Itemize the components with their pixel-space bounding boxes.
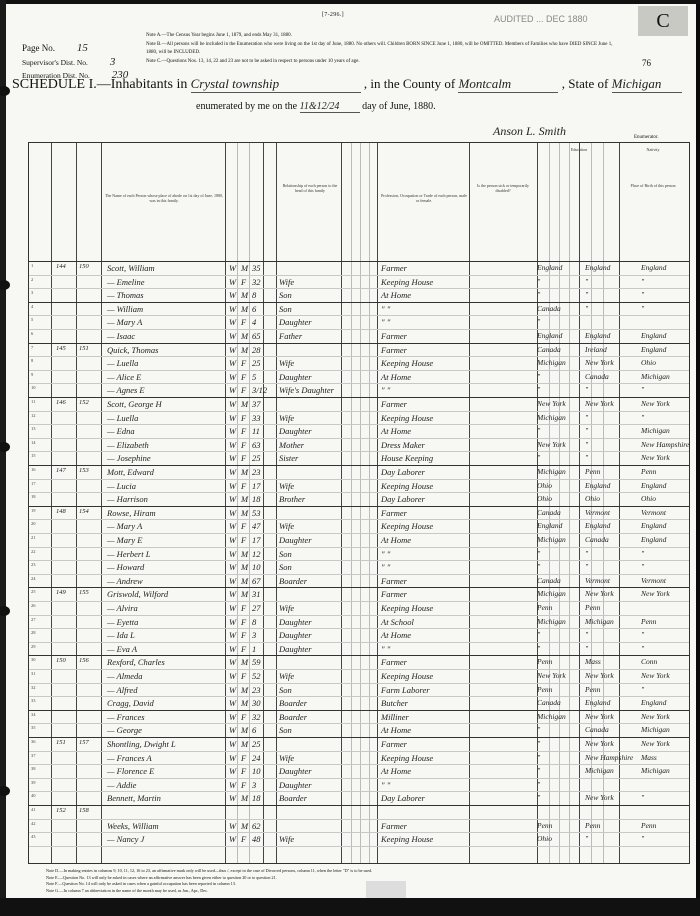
occupation: Keeping House — [381, 834, 433, 844]
person-name: — Mary A — [107, 521, 142, 531]
relationship: Daughter — [279, 317, 312, 327]
line-number: 18 — [31, 494, 36, 499]
birthplace: " — [537, 562, 540, 571]
header-sick: Is the person sick or temporarily disabl… — [473, 183, 533, 193]
father-birthplace: England — [585, 698, 610, 707]
color: W — [229, 725, 236, 735]
relationship: Wife — [279, 413, 294, 423]
table-row: 4— WilliamWM6Son" "Canada"" — [29, 304, 689, 315]
birthplace: " — [537, 385, 540, 394]
line-number: 27 — [31, 617, 36, 622]
person-name: Scott, George H — [107, 399, 162, 409]
enumerated-day: 11&12/24 — [300, 101, 360, 113]
line-number: 43 — [31, 834, 36, 839]
relationship: Daughter — [279, 644, 312, 654]
father-birthplace: England — [585, 481, 610, 490]
father-birthplace: England — [585, 521, 610, 530]
person-name: Rexford, Charles — [107, 657, 165, 667]
occupation: At Home — [381, 766, 411, 776]
person-name: — Eva A — [107, 644, 137, 654]
occupation: Keeping House — [381, 358, 433, 368]
sex: M — [241, 290, 248, 300]
line-number: 17 — [31, 481, 36, 486]
color: W — [229, 263, 236, 273]
line-number: 35 — [31, 725, 36, 730]
occupation: Farmer — [381, 589, 407, 599]
sex: M — [241, 657, 248, 667]
mother-birthplace: Michigan — [641, 426, 670, 435]
table-row: 28— Ida LWF3DaughterAt Home""" — [29, 630, 689, 641]
birthplace: New York — [537, 440, 566, 449]
relationship: Son — [279, 725, 292, 735]
age: 17 — [252, 481, 261, 491]
dwelling-number: 149 — [56, 589, 66, 596]
person-name: — Luella — [107, 413, 138, 423]
sex: M — [241, 576, 248, 586]
occupation: Keeping House — [381, 481, 433, 491]
father-birthplace: " — [585, 440, 588, 449]
father-birthplace: Michigan — [585, 617, 614, 626]
line-number: 2 — [31, 277, 33, 282]
table-row: 37— Frances AWF24WifeKeeping House"New H… — [29, 753, 689, 764]
dwelling-number: 146 — [56, 399, 66, 406]
mother-birthplace: New York — [641, 739, 670, 748]
line-number: 13 — [31, 426, 36, 431]
sex: M — [241, 467, 248, 477]
mother-birthplace: Vermont — [641, 508, 666, 517]
table-row: 41152158 — [29, 807, 689, 818]
occupation: " " — [381, 780, 390, 790]
occupation: At Home — [381, 535, 411, 545]
color: W — [229, 780, 236, 790]
occupation: " " — [381, 562, 390, 572]
table-row: 40Bennett, MartinWM18BoarderDay Laborer"… — [29, 793, 689, 804]
birthplace: " — [537, 644, 540, 653]
enumeration-date-line: enumerated by me on the 11&12/24 day of … — [196, 101, 436, 113]
line-number: 28 — [31, 630, 36, 635]
father-birthplace: " — [585, 453, 588, 462]
person-name: — Florence E — [107, 766, 154, 776]
note-a: Note A.—The Census Year begins June 1, 1… — [146, 32, 616, 41]
mother-birthplace: New York — [641, 399, 670, 408]
sex: M — [241, 331, 248, 341]
table-row: 7145151Quick, ThomasWM28FarmerCanadaIrel… — [29, 345, 689, 356]
family-number: 151 — [79, 345, 89, 352]
relationship: Wife — [279, 671, 294, 681]
supervisor-dist-label: Supervisor's Dist. No. — [22, 58, 88, 67]
father-birthplace: " — [585, 562, 588, 571]
color: W — [229, 481, 236, 491]
birthplace: Michigan — [537, 467, 566, 476]
father-birthplace: Ohio — [585, 494, 600, 503]
relationship: Wife — [279, 521, 294, 531]
enumerated-month-year: day of June, 1880. — [362, 101, 436, 112]
occupation: Farmer — [381, 331, 407, 341]
family-number: 154 — [79, 508, 89, 515]
sex: F — [241, 426, 246, 436]
birthplace: England — [537, 263, 562, 272]
table-row: 39— AddieWF3Daughter" "" — [29, 780, 689, 791]
birthplace: Michigan — [537, 712, 566, 721]
mother-birthplace: England — [641, 698, 666, 707]
sex: M — [241, 562, 248, 572]
person-name: — Mary A — [107, 317, 142, 327]
color: W — [229, 549, 236, 559]
page-no-field: Page No. 15 — [22, 42, 88, 54]
enumerator-label: Enumerator. — [634, 135, 659, 140]
table-row: 13— EdnaWF11DaughterAt Home""Michigan — [29, 426, 689, 437]
age: 32 — [252, 277, 261, 287]
birthplace: " — [537, 725, 540, 734]
header-name: The Name of each Person whose place of a… — [105, 193, 223, 203]
table-row: 25149155Griswold, WilfordWM31FarmerMichi… — [29, 589, 689, 600]
age: 10 — [252, 766, 261, 776]
person-name: Bennett, Martin — [107, 793, 161, 803]
occupation: At Home — [381, 372, 411, 382]
color: W — [229, 521, 236, 531]
color: W — [229, 345, 236, 355]
dwelling-number: 151 — [56, 739, 66, 746]
census-sheet: [7-296.] AUDITED ... DEC 1880 C Page No.… — [6, 4, 696, 900]
line-number: 6 — [31, 331, 33, 336]
occupation: Farmer — [381, 508, 407, 518]
color: W — [229, 671, 236, 681]
sex: F — [241, 481, 246, 491]
sex: F — [241, 766, 246, 776]
age: 67 — [252, 576, 261, 586]
color: W — [229, 399, 236, 409]
age: 25 — [252, 358, 261, 368]
age: 53 — [252, 508, 261, 518]
stamped-page-number: 76 — [642, 58, 651, 68]
birthplace: " — [537, 739, 540, 748]
table-row: 12— LuellaWF33WifeKeeping HouseMichigan"… — [29, 413, 689, 424]
person-name: Cragg, David — [107, 698, 154, 708]
person-name: — Lucia — [107, 481, 136, 491]
occupation: Farmer — [381, 263, 407, 273]
father-birthplace: New York — [585, 399, 614, 408]
sex: M — [241, 793, 248, 803]
occupation: Farmer — [381, 576, 407, 586]
birthplace: Canada — [537, 508, 561, 517]
table-row: 21— Mary EWF17DaughterAt HomeMichiganCan… — [29, 535, 689, 546]
line-number: 4 — [31, 304, 33, 309]
table-row: 31— AlmedaWF52WifeKeeping HouseNew YorkN… — [29, 671, 689, 682]
color: W — [229, 793, 236, 803]
color: W — [229, 467, 236, 477]
age: 47 — [252, 521, 261, 531]
mother-birthplace: Michigan — [641, 725, 670, 734]
supervisor-dist-field: Supervisor's Dist. No. 3 — [22, 56, 115, 68]
mother-birthplace: " — [641, 793, 644, 802]
occupation: Keeping House — [381, 413, 433, 423]
note-c: Note C.—Questions Nos. 13, 14, 22 and 23… — [146, 58, 616, 67]
color: W — [229, 440, 236, 450]
state-value: Michigan — [612, 76, 682, 93]
scan-bottom-edge — [0, 898, 700, 916]
relationship: Boarder — [279, 793, 307, 803]
father-birthplace: " — [585, 426, 588, 435]
table-row: 27— EyettaWF8DaughterAt SchoolMichiganMi… — [29, 617, 689, 628]
dwelling-number: 147 — [56, 467, 66, 474]
line-number: 39 — [31, 780, 36, 785]
person-name: Scott, William — [107, 263, 155, 273]
table-row: 8— LuellaWF25WifeKeeping HouseMichiganNe… — [29, 358, 689, 369]
birthplace: Michigan — [537, 413, 566, 422]
table-row: 2— EmelineWF32WifeKeeping House""" — [29, 277, 689, 288]
birthplace: Ohio — [537, 494, 552, 503]
color: W — [229, 317, 236, 327]
occupation: " " — [381, 385, 390, 395]
sex: M — [241, 263, 248, 273]
sex: M — [241, 304, 248, 314]
father-birthplace: " — [585, 277, 588, 286]
relationship: Daughter — [279, 372, 312, 382]
relationship: Daughter — [279, 617, 312, 627]
sex: M — [241, 589, 248, 599]
mother-birthplace: Michigan — [641, 372, 670, 381]
table-row: 20— Mary AWF47WifeKeeping HouseEnglandEn… — [29, 521, 689, 532]
line-number: 14 — [31, 440, 36, 445]
enumerator-signature: Anson L. Smith — [493, 124, 566, 139]
sex: F — [241, 358, 246, 368]
supervisor-dist-value: 3 — [110, 56, 116, 68]
occupation: House Keeping — [381, 453, 433, 463]
header-notes: Note A.—The Census Year begins June 1, 1… — [146, 32, 616, 66]
mother-birthplace: New York — [641, 589, 670, 598]
sex: M — [241, 685, 248, 695]
father-birthplace: New Hampshire — [585, 753, 633, 762]
line-number: 11 — [31, 399, 35, 404]
age: 12 — [252, 549, 261, 559]
relationship: Boarder — [279, 712, 307, 722]
age: 3 — [252, 630, 256, 640]
relationship: Son — [279, 290, 292, 300]
father-birthplace: New York — [585, 589, 614, 598]
sex: M — [241, 739, 248, 749]
table-row: 6— IsaacWM65FatherFarmerEnglandEnglandEn… — [29, 331, 689, 342]
occupation: Keeping House — [381, 671, 433, 681]
occupation: Dress Maker — [381, 440, 425, 450]
dwelling-number: 144 — [56, 263, 66, 270]
person-name: — Alfred — [107, 685, 137, 695]
person-name: — Alice E — [107, 372, 141, 382]
line-number: 33 — [31, 698, 36, 703]
sex: M — [241, 725, 248, 735]
mother-birthplace: Mass — [641, 753, 657, 762]
table-row: 16147153Mott, EdwardWM23Day LaborerMichi… — [29, 467, 689, 478]
relationship: Wife — [279, 834, 294, 844]
mother-birthplace: " — [641, 834, 644, 843]
father-birthplace: England — [585, 331, 610, 340]
table-row: 19148154Rowse, HiramWM53FarmerCanadaVerm… — [29, 508, 689, 519]
person-name: — Thomas — [107, 290, 144, 300]
color: W — [229, 617, 236, 627]
sex: F — [241, 440, 246, 450]
relationship: Boarder — [279, 698, 307, 708]
person-name: — Ida L — [107, 630, 135, 640]
color: W — [229, 358, 236, 368]
township-value: Crystal township — [191, 76, 361, 93]
mother-birthplace: " — [641, 277, 644, 286]
occupation: Butcher — [381, 698, 408, 708]
table-row: 9— Alice EWF5DaughterAt Home"CanadaMichi… — [29, 372, 689, 383]
line-number: 22 — [31, 549, 36, 554]
occupation: Farmer — [381, 821, 407, 831]
color: W — [229, 657, 236, 667]
county-label: , in the County of — [364, 76, 455, 91]
line-number: 25 — [31, 589, 36, 594]
father-birthplace: " — [585, 413, 588, 422]
birthplace: Penn — [537, 657, 552, 666]
occupation: Keeping House — [381, 521, 433, 531]
relationship: Wife — [279, 358, 294, 368]
age: 30 — [252, 698, 261, 708]
relationship: Wife — [279, 603, 294, 613]
sex: F — [241, 712, 246, 722]
mother-birthplace: " — [641, 385, 644, 394]
age: 23 — [252, 685, 261, 695]
color: W — [229, 739, 236, 749]
father-birthplace: " — [585, 630, 588, 639]
person-name: Rowse, Hiram — [107, 508, 156, 518]
person-name: — William — [107, 304, 143, 314]
father-birthplace: Canada — [585, 535, 609, 544]
line-number: 10 — [31, 385, 36, 390]
color: W — [229, 766, 236, 776]
birthplace: Penn — [537, 603, 552, 612]
color: W — [229, 426, 236, 436]
sex: F — [241, 671, 246, 681]
table-row: 29— Eva AWF1Daughter" """" — [29, 644, 689, 655]
line-number: 31 — [31, 671, 36, 676]
line-number: 21 — [31, 535, 36, 540]
father-birthplace: " — [585, 549, 588, 558]
line-number: 42 — [31, 821, 36, 826]
mother-birthplace: England — [641, 481, 666, 490]
birthplace: " — [537, 780, 540, 789]
birthplace: Michigan — [537, 535, 566, 544]
mother-birthplace: England — [641, 263, 666, 272]
color: W — [229, 685, 236, 695]
color: W — [229, 630, 236, 640]
family-number: 157 — [79, 739, 89, 746]
line-number: 5 — [31, 317, 33, 322]
color: W — [229, 277, 236, 287]
age: 62 — [252, 821, 261, 831]
color: W — [229, 712, 236, 722]
relationship: Sister — [279, 453, 298, 463]
father-birthplace: " — [585, 644, 588, 653]
relationship: Wife — [279, 481, 294, 491]
birthplace: " — [537, 290, 540, 299]
table-row: 15— JosephineWF25SisterHouse Keeping""Ne… — [29, 453, 689, 464]
mother-birthplace: " — [641, 413, 644, 422]
dwelling-number: 145 — [56, 345, 66, 352]
age: 27 — [252, 603, 261, 613]
age: 59 — [252, 657, 261, 667]
line-number: 1 — [31, 263, 33, 268]
footnotes: Note D.—In making entries in columns 9, … — [46, 868, 646, 894]
mother-birthplace: Conn — [641, 657, 657, 666]
relationship: Wife's Daughter — [279, 385, 334, 395]
father-birthplace: New York — [585, 712, 614, 721]
age: 10 — [252, 562, 261, 572]
occupation: At Home — [381, 426, 411, 436]
person-name: — Frances A — [107, 753, 152, 763]
sex: F — [241, 753, 246, 763]
birthplace: " — [537, 753, 540, 762]
father-birthplace: " — [585, 834, 588, 843]
birthplace: New York — [537, 671, 566, 680]
line-number: 15 — [31, 453, 36, 458]
father-birthplace: New York — [585, 739, 614, 748]
sex: M — [241, 345, 248, 355]
sex: F — [241, 521, 246, 531]
color: W — [229, 753, 236, 763]
age: 18 — [252, 793, 261, 803]
relationship: Son — [279, 685, 292, 695]
birthplace: Michigan — [537, 358, 566, 367]
person-name: — Agnes E — [107, 385, 145, 395]
color: W — [229, 562, 236, 572]
page-no-value: 15 — [77, 42, 88, 54]
table-row: 34— FrancesWF32BoarderMillinerMichiganNe… — [29, 712, 689, 723]
table-row: 35— GeorgeWM6SonAt Home"CanadaMichigan — [29, 725, 689, 736]
sex: M — [241, 549, 248, 559]
header-occupation: Profession, Occupation or Trade of each … — [381, 193, 467, 203]
relationship: Mother — [279, 440, 304, 450]
sex: F — [241, 277, 246, 287]
age: 63 — [252, 440, 261, 450]
relationship: Wife — [279, 277, 294, 287]
occupation: " " — [381, 549, 390, 559]
mother-birthplace: " — [641, 644, 644, 653]
line-number: 12 — [31, 413, 36, 418]
person-name: — Herbert L — [107, 549, 150, 559]
mother-birthplace: England — [641, 521, 666, 530]
person-name: — Alvira — [107, 603, 138, 613]
person-name: — Mary E — [107, 535, 142, 545]
color: W — [229, 331, 236, 341]
color: W — [229, 644, 236, 654]
mother-birthplace: " — [641, 685, 644, 694]
sex: M — [241, 494, 248, 504]
table-row: 33Cragg, DavidWM30BoarderButcherCanadaEn… — [29, 698, 689, 709]
person-name: — Eyetta — [107, 617, 138, 627]
age: 3/12 — [252, 385, 267, 395]
line-number: 19 — [31, 508, 36, 513]
age: 4 — [252, 317, 256, 327]
mother-birthplace: New York — [641, 453, 670, 462]
mother-birthplace: New York — [641, 671, 670, 680]
person-name: — Emeline — [107, 277, 145, 287]
father-birthplace: " — [585, 385, 588, 394]
line-number: 38 — [31, 766, 36, 771]
mother-birthplace: Ohio — [641, 494, 656, 503]
census-table: The Name of each Person whose place of a… — [28, 142, 690, 864]
table-row: 36151157Shontling, Dwight LWM25Farmer"Ne… — [29, 739, 689, 750]
sex: F — [241, 372, 246, 382]
father-birthplace: " — [585, 290, 588, 299]
birthplace: " — [537, 766, 540, 775]
relationship: Daughter — [279, 780, 312, 790]
age: 37 — [252, 399, 261, 409]
birthplace: " — [537, 453, 540, 462]
occupation: Keeping House — [381, 753, 433, 763]
birthplace: Penn — [537, 685, 552, 694]
age: 6 — [252, 725, 256, 735]
